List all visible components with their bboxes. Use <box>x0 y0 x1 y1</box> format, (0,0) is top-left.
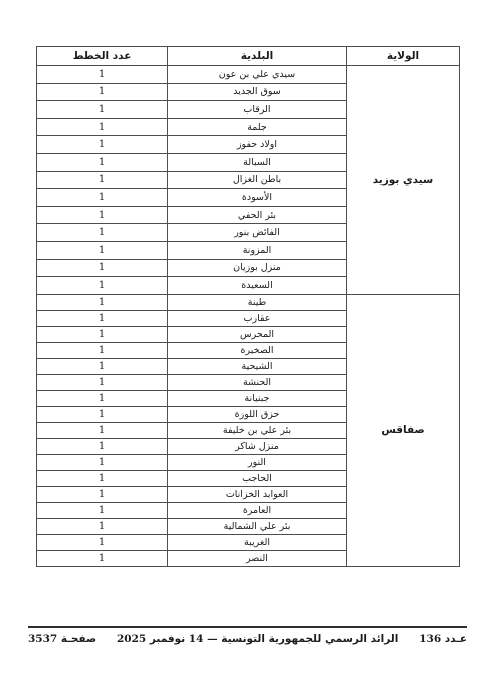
municipality-cell: سوق الجديد <box>168 83 347 101</box>
municipality-cell: عقارب <box>168 310 347 326</box>
municipality-cell: الحاجب <box>168 470 347 486</box>
municipality-cell: الحنشة <box>168 374 347 390</box>
municipality-cell: الأسودة <box>168 189 347 207</box>
plan-count-cell: 1 <box>37 153 168 171</box>
municipalities-table: الولاية البلدية عدد الخطط سيدي بوزيدسيدي… <box>36 46 460 567</box>
municipality-cell: الصخيرة <box>168 342 347 358</box>
header-plan-count: عدد الخطط <box>37 47 168 66</box>
plan-count-cell: 1 <box>37 374 168 390</box>
municipality-cell: العامرة <box>168 502 347 518</box>
municipality-cell: النصر <box>168 550 347 566</box>
plan-count-cell: 1 <box>37 454 168 470</box>
municipality-cell: باطن الغزال <box>168 171 347 189</box>
header-wilaya: الولاية <box>347 47 460 66</box>
plan-count-cell: 1 <box>37 136 168 154</box>
table-row: صفاقسطينة1 <box>37 294 460 310</box>
municipality-cell: منزل بوزيان <box>168 259 347 277</box>
plan-count-cell: 1 <box>37 422 168 438</box>
header-municipality: البلدية <box>168 47 347 66</box>
plan-count-cell: 1 <box>37 241 168 259</box>
municipality-cell: بئر علي الشمالية <box>168 518 347 534</box>
plan-count-cell: 1 <box>37 550 168 566</box>
plan-count-cell: 1 <box>37 310 168 326</box>
wilaya-cell: صفاقس <box>347 294 460 566</box>
municipality-cell: الشيحية <box>168 358 347 374</box>
municipality-cell: المحرس <box>168 326 347 342</box>
municipality-cell: سيدي علي بن عون <box>168 66 347 84</box>
plan-count-cell: 1 <box>37 534 168 550</box>
plan-count-cell: 1 <box>37 502 168 518</box>
municipality-cell: السعيدة <box>168 277 347 295</box>
plan-count-cell: 1 <box>37 326 168 342</box>
municipality-cell: طينة <box>168 294 347 310</box>
table-body: سيدي بوزيدسيدي علي بن عون1سوق الجديد1الر… <box>37 66 460 567</box>
municipality-cell: النور <box>168 454 347 470</box>
municipality-cell: العوابد الخزانات <box>168 486 347 502</box>
plan-count-cell: 1 <box>37 101 168 119</box>
page-footer: عـدد 136 الرائد الرسمي للجمهورية التونسي… <box>28 633 467 645</box>
plan-count-cell: 1 <box>37 83 168 101</box>
plan-count-cell: 1 <box>37 342 168 358</box>
plan-count-cell: 1 <box>37 118 168 136</box>
municipality-cell: جلمة <box>168 118 347 136</box>
plan-count-cell: 1 <box>37 518 168 534</box>
municipality-cell: الغريبة <box>168 534 347 550</box>
municipality-cell: حزق اللوزة <box>168 406 347 422</box>
municipality-cell: بئر الحفي <box>168 206 347 224</box>
table-row: سيدي بوزيدسيدي علي بن عون1 <box>37 66 460 84</box>
plan-count-cell: 1 <box>37 171 168 189</box>
plan-count-cell: 1 <box>37 438 168 454</box>
plan-count-cell: 1 <box>37 486 168 502</box>
header-row: الولاية البلدية عدد الخطط <box>37 47 460 66</box>
municipality-cell: بئر علي بن خليفة <box>168 422 347 438</box>
table-header-row: الولاية البلدية عدد الخطط <box>37 47 460 66</box>
page-number: صفحـة 3537 <box>28 633 96 645</box>
plan-count-cell: 1 <box>37 277 168 295</box>
plan-count-cell: 1 <box>37 66 168 84</box>
plan-count-cell: 1 <box>37 406 168 422</box>
municipality-cell: السبالة <box>168 153 347 171</box>
plan-count-cell: 1 <box>37 390 168 406</box>
municipality-cell: الرقاب <box>168 101 347 119</box>
plan-count-cell: 1 <box>37 259 168 277</box>
municipality-cell: منزل شاكر <box>168 438 347 454</box>
plan-count-cell: 1 <box>37 294 168 310</box>
plan-count-cell: 1 <box>37 206 168 224</box>
plan-count-cell: 1 <box>37 470 168 486</box>
plan-count-cell: 1 <box>37 224 168 242</box>
plan-count-cell: 1 <box>37 189 168 207</box>
municipality-cell: اولاد حفوز <box>168 136 347 154</box>
plan-count-cell: 1 <box>37 358 168 374</box>
municipality-cell: المزونة <box>168 241 347 259</box>
gazette-page: الولاية البلدية عدد الخطط سيدي بوزيدسيدي… <box>0 0 495 700</box>
footer-divider <box>28 626 467 628</box>
municipality-cell: جبنيانة <box>168 390 347 406</box>
wilaya-cell: سيدي بوزيد <box>347 66 460 295</box>
municipality-cell: الفائض بنور <box>168 224 347 242</box>
journal-title: الرائد الرسمي للجمهورية التونسية — 14 نو… <box>117 633 398 645</box>
issue-number: عـدد 136 <box>419 633 467 645</box>
